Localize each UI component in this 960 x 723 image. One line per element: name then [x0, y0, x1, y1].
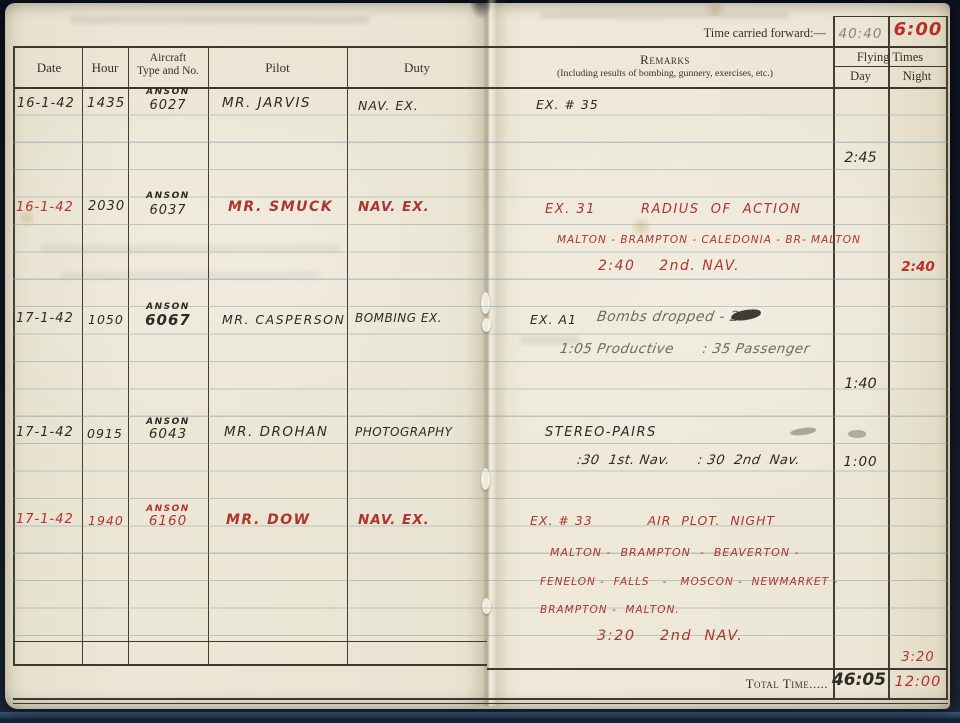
remarks-line: FENELON - FALLS - MOSCON - NEWMARKET -: [540, 576, 838, 588]
fold-gutter-shadow: [468, 0, 494, 20]
remarks-line: BRAMPTON - MALTON.: [540, 604, 680, 616]
entry-date: 17-1-42: [16, 425, 74, 440]
col-header-remarks: Remarks: [498, 52, 832, 68]
grid-line: [13, 641, 487, 642]
entry-hour: 1940: [88, 513, 124, 528]
entry-pilot: MR. CASPERSON: [222, 312, 345, 327]
entry-date: 17-1-42: [16, 512, 74, 527]
remarks-line: MALTON - BRAMPTON - BEAVERTON -: [550, 546, 800, 559]
col-header-date: Date: [18, 60, 80, 76]
carried-forward-day: 40:40: [833, 26, 888, 42]
remarks-line: :30 1st. Nav. : 30 2nd Nav.: [576, 453, 802, 468]
entry-duty: NAV. EX.: [358, 98, 419, 113]
aircraft-number: 6027: [130, 98, 206, 113]
carried-forward-label: Time carried forward:—: [560, 26, 826, 41]
table-bottom-border: [13, 703, 948, 704]
aircraft-number: 6043: [130, 426, 206, 442]
flying-time-night: 2:40: [888, 259, 948, 275]
table-top-border: [13, 46, 948, 48]
flying-times-divider: [833, 66, 948, 67]
entry-date: 16-1-42: [16, 200, 74, 215]
total-night: 12:00: [888, 674, 948, 690]
flying-time-day: 1:40: [833, 376, 888, 392]
grid-line: [13, 664, 487, 666]
entry-hour: 2030: [88, 199, 125, 214]
total-time-label: Total Time.....: [620, 676, 828, 692]
grid-line: [833, 16, 948, 17]
entry-pilot: MR. JARVIS: [222, 95, 311, 111]
carried-forward-night: 6:00: [888, 19, 948, 40]
entry-pilot: MR. DROHAN: [224, 424, 329, 440]
entry-hour: 1435: [87, 95, 125, 111]
ruled-lines: [13, 88, 948, 648]
entry-pilot: MR. SMUCK: [228, 199, 333, 215]
entry-duty: NAV. EX.: [358, 512, 430, 528]
flying-time-night: 3:20: [888, 650, 948, 665]
aircraft-type: ANSON: [130, 191, 206, 201]
remarks-line: 2:40 2nd. NAV.: [598, 258, 740, 274]
total-day: 46:05: [830, 670, 888, 690]
remarks-line: EX. A1: [530, 312, 577, 327]
remarks-line: MALTON - BRAMPTON - CALEDONIA - BR- MALT…: [557, 234, 861, 246]
entry-pilot: MR. DOW: [226, 512, 311, 528]
col-header-pilot: Pilot: [209, 60, 346, 76]
bleedthrough-mark: [70, 16, 370, 24]
col-header-hour: Hour: [83, 60, 127, 76]
remarks-line: EX. 31 RADIUS OF ACTION: [545, 202, 801, 217]
remarks-line: STEREO-PAIRS: [545, 425, 657, 440]
remarks-line: EX. # 33 AIR PLOT. NIGHT: [530, 513, 775, 528]
bleedthrough-mark: [540, 12, 790, 19]
col-header-remarks-sub: (Including results of bombing, gunnery, …: [498, 68, 832, 79]
flying-time-day: 2:45: [833, 150, 888, 166]
remarks-line: 1:05 Productive : 35 Passenger: [559, 341, 811, 357]
remarks-line: 3:20 2nd NAV.: [597, 628, 743, 644]
entry-hour: 1050: [88, 312, 124, 327]
flying-time-day: 1:00: [833, 454, 888, 470]
book-bottom-edge: [0, 712, 960, 718]
col-header-day: Day: [834, 69, 887, 84]
table-bottom-border: [13, 698, 948, 700]
entry-duty: NAV. EX.: [358, 199, 430, 215]
col-header-flying-times: Flying Times: [834, 50, 946, 65]
aircraft-number: 6037: [130, 203, 206, 218]
entry-date: 16-1-42: [17, 96, 75, 111]
entry-date: 17-1-42: [16, 311, 74, 326]
aircraft-number: 6160: [130, 513, 206, 529]
col-header-duty: Duty: [350, 60, 484, 76]
col-header-aircraft: Aircraft Type and No.: [129, 52, 207, 78]
aircraft-number: 6067: [130, 311, 206, 329]
aircraft-type: ANSON: [130, 87, 206, 97]
entry-duty: BOMBING EX.: [355, 311, 442, 325]
entry-duty: PHOTOGRAPHY: [355, 425, 452, 439]
remarks-line: EX. # 35: [536, 97, 599, 112]
remarks-line: Bombs dropped - 2: [596, 309, 741, 325]
paper-stain: [700, 2, 730, 16]
col-header-night: Night: [889, 69, 945, 84]
logbook-photo: Time carried forward:— 40:40 6:00 Date H…: [0, 0, 960, 723]
entry-hour: 0915: [87, 426, 123, 441]
